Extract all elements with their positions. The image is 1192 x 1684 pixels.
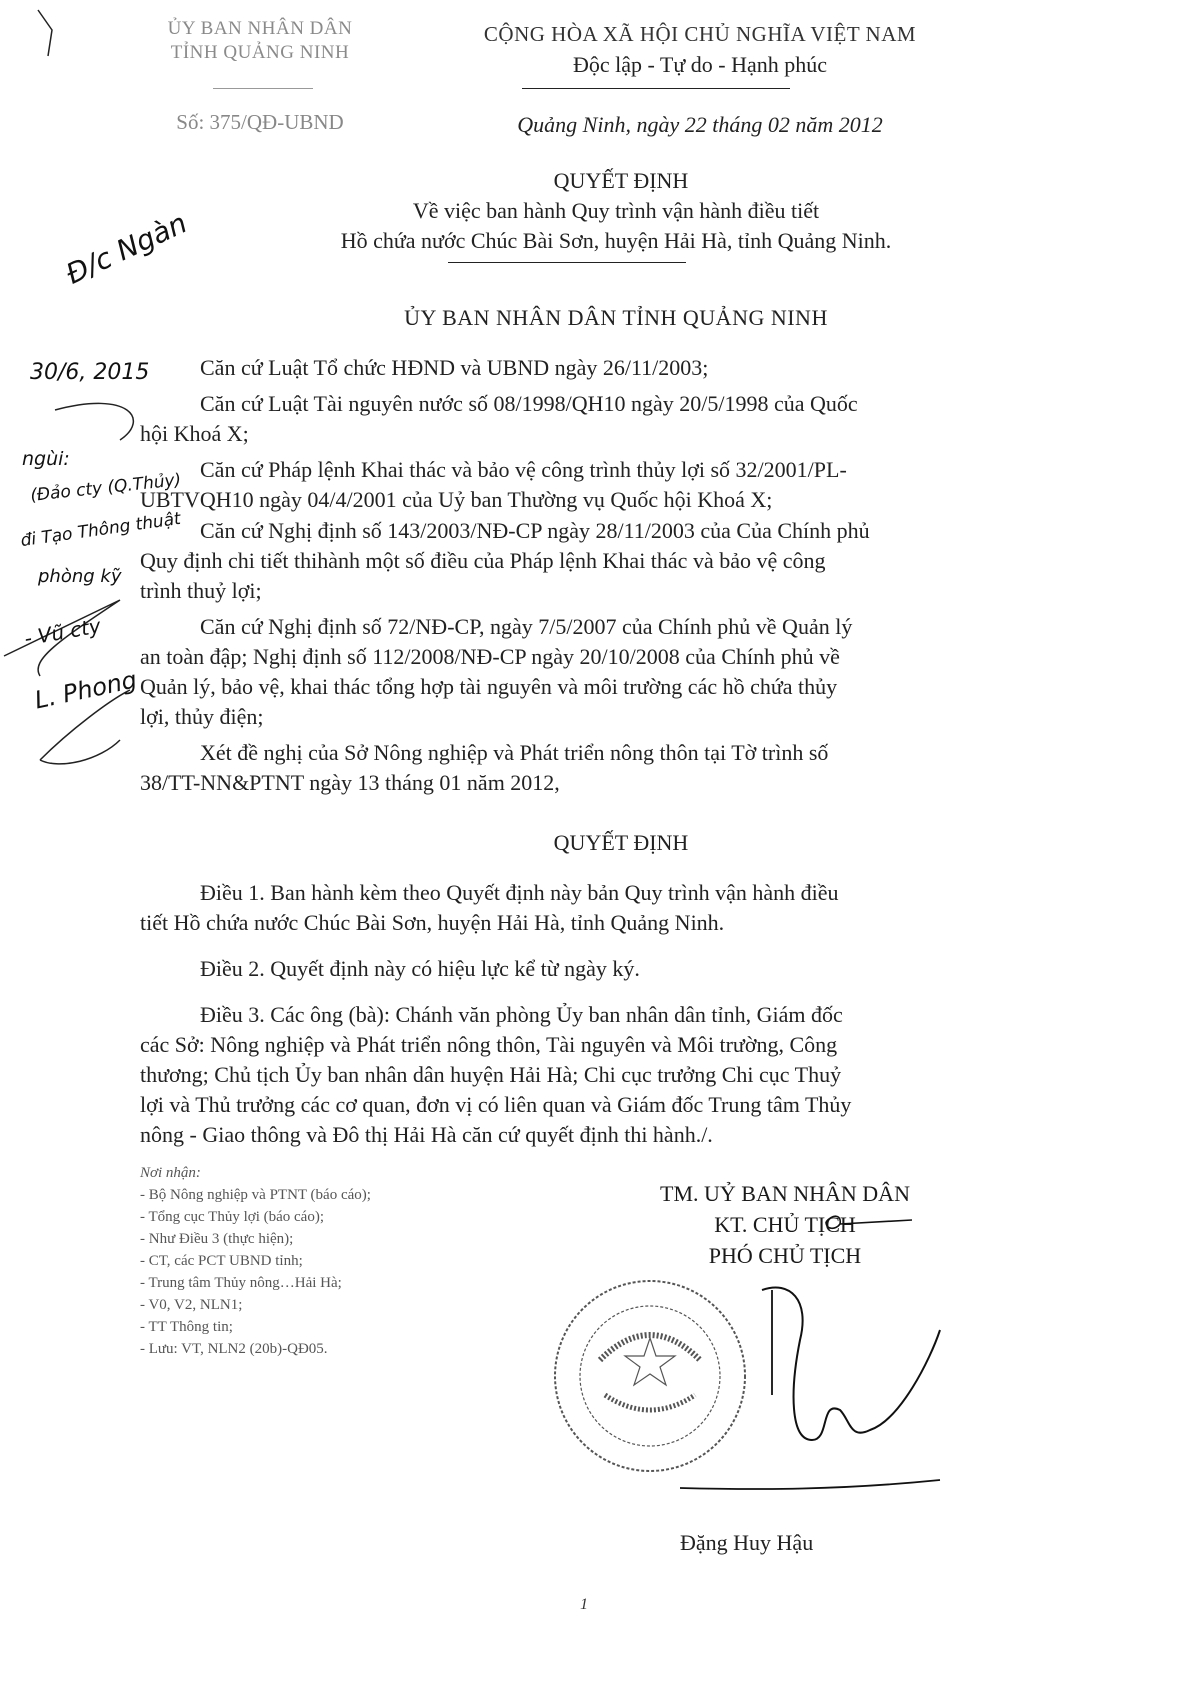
recipients-list: Nơi nhận: - Bộ Nông nghiệp và PTNT (báo …: [140, 1162, 371, 1360]
issuing-authority: ỦY BAN NHÂN DÂN TỈNH QUẢNG NINH: [0, 305, 1192, 331]
preamble-line: Căn cứ Pháp lệnh Khai thác và bảo vệ côn…: [200, 457, 847, 483]
preamble-line: Quản lý, bảo vệ, khai thác tổng hợp tài …: [140, 674, 837, 700]
recipient-item: - Bộ Nông nghiệp và PTNT (báo cáo);: [140, 1184, 371, 1206]
page-number: 1: [580, 1596, 588, 1614]
article-line: các Sở: Nông nghiệp và Phát triển nông t…: [140, 1032, 837, 1058]
handwritten-margin-line: L. Phong: [32, 666, 139, 715]
recipient-item: - CT, các PCT UBND tỉnh;: [140, 1250, 371, 1272]
decision-heading: QUYẾT ĐỊNH: [0, 830, 1192, 856]
agency-underline: [213, 88, 313, 89]
article-line: thương; Chủ tịch Ủy ban nhân dân huyện H…: [140, 1062, 841, 1088]
preamble-line: Xét đề nghị của Sở Nông nghiệp và Phát t…: [200, 740, 828, 766]
recipient-item: - TT Thông tin;: [140, 1316, 371, 1338]
agency-name-line1: ỦY BAN NHÂN DÂN: [140, 18, 380, 40]
recipient-item: - V0, V2, NLN1;: [140, 1294, 371, 1316]
national-motto: Độc lập - Tự do - Hạnh phúc: [430, 52, 970, 78]
article-line: tiết Hồ chứa nước Chúc Bài Sơn, huyện Hả…: [140, 910, 724, 936]
article-line: Điều 2. Quyết định này có hiệu lực kể từ…: [200, 956, 640, 982]
preamble-line: 38/TT-NN&PTNT ngày 13 tháng 01 năm 2012,: [140, 770, 560, 796]
subject-underline: [448, 262, 686, 263]
article-line: Điều 3. Các ông (bà): Chánh văn phòng Ủy…: [200, 1002, 843, 1028]
recipients-heading: Nơi nhận:: [140, 1162, 371, 1184]
article-line: lợi và Thủ trưởng các cơ quan, đơn vị có…: [140, 1092, 851, 1118]
preamble-line: Căn cứ Luật Tài nguyên nước số 08/1998/Q…: [200, 391, 858, 417]
recipient-item: - Lưu: VT, NLN2 (20b)-QĐ05.: [140, 1338, 371, 1360]
preamble-line: lợi, thủy điện;: [140, 704, 263, 730]
preamble-line: trình thuỷ lợi;: [140, 578, 262, 604]
motto-underline: [522, 88, 790, 89]
document-number: Số: 375/QĐ-UBND: [140, 110, 380, 135]
signature-line-2: KT. CHỦ TỊCH: [580, 1209, 990, 1240]
preamble-line: hội Khoá X;: [140, 421, 249, 447]
signature-block: TM. UỶ BAN NHÂN DÂN KT. CHỦ TỊCH PHÓ CHỦ…: [580, 1178, 990, 1271]
handwritten-margin-line: phòng kỹ: [38, 566, 121, 587]
agency-name-line2: TỈNH QUẢNG NINH: [140, 42, 380, 64]
article-line: nông - Giao thông và Đô thị Hải Hà căn c…: [140, 1122, 713, 1148]
preamble-line: an toàn đập; Nghị định số 112/2008/NĐ-CP…: [140, 644, 840, 670]
signer-name: Đặng Huy Hậu: [680, 1530, 813, 1556]
preamble-line: Căn cứ Luật Tổ chức HĐND và UBND ngày 26…: [200, 355, 708, 381]
preamble-line: UBTVQH10 ngày 04/4/2001 của Uỷ ban Thườn…: [140, 487, 772, 513]
national-title: CỘNG HÒA XÃ HỘI CHỦ NGHĨA VIỆT NAM: [430, 22, 970, 47]
handwritten-date: 30/6, 2015: [30, 360, 149, 385]
recipient-item: - Tổng cục Thủy lợi (báo cáo);: [140, 1206, 371, 1228]
signature-line-1: TM. UỶ BAN NHÂN DÂN: [580, 1178, 990, 1209]
recipient-item: - Như Điều 3 (thực hiện);: [140, 1228, 371, 1250]
signature-line-3: PHÓ CHỦ TỊCH: [580, 1240, 990, 1271]
document-title: QUYẾT ĐỊNH: [0, 168, 1192, 194]
recipient-item: - Trung tâm Thủy nông…Hải Hà;: [140, 1272, 371, 1294]
handwritten-margin-line: đi Tạo Thông thuật: [19, 509, 182, 551]
preamble-line: Căn cứ Nghị định số 143/2003/NĐ-CP ngày …: [200, 518, 870, 544]
place-and-date: Quảng Ninh, ngày 22 tháng 02 năm 2012: [430, 112, 970, 138]
handwritten-margin-line: - Vũ cty: [23, 613, 103, 650]
preamble-line: Căn cứ Nghị định số 72/NĐ-CP, ngày 7/5/2…: [200, 614, 852, 640]
preamble-line: Quy định chi tiết thihành một số điều củ…: [140, 548, 826, 574]
article-line: Điều 1. Ban hành kèm theo Quyết định này…: [200, 880, 838, 906]
handwritten-margin-line: ngùi:: [22, 448, 70, 470]
